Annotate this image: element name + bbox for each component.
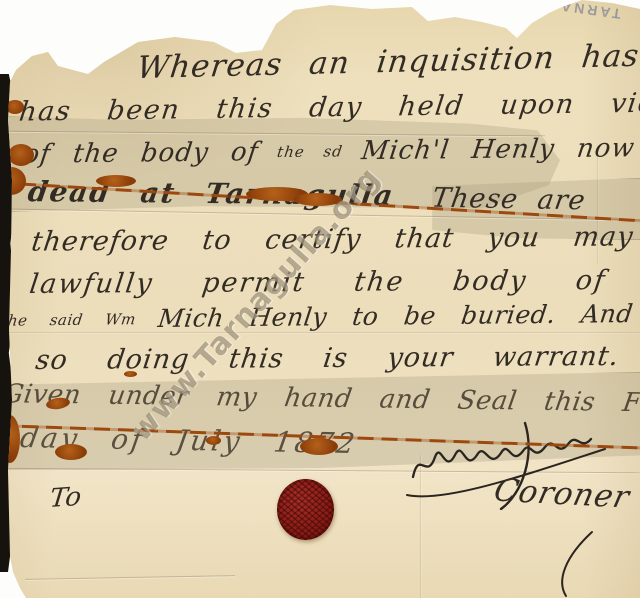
rust-blob [8,144,34,166]
coroner-title: Coroner [491,472,634,515]
pen-flourish-icon [100,20,130,58]
red-wax-seal [277,479,334,540]
stamp-fragment: TARNA [557,0,622,22]
paper: TARNA Whereas an inquisition has has bee… [0,0,640,598]
handwritten-line-lawfully-permit: lawfully permit the body of [28,265,609,300]
rust-blob [206,436,221,445]
rust-blob [300,438,338,455]
rust-blob [124,371,137,377]
rust-blob [96,175,136,187]
rust-blob [55,444,87,460]
handwritten-line-body-of: of the body of the sd Mich'l Henly now l… [22,132,640,169]
handwritten-line-your-warrant: so doing this is your warrant. [34,341,622,376]
signature-swash [548,528,608,598]
to-label: To [48,482,82,514]
handwritten-line-whereas: Whereas an inquisition has [135,38,640,86]
handwritten-line-to-be-buried: the said Wm Mich Henly to be buried. And… [0,298,640,334]
scanned-document: TARNA Whereas an inquisition has has bee… [0,0,640,598]
handwritten-line-held-upon-view: has been this day held upon view [17,87,640,127]
fold-crease [25,575,235,580]
